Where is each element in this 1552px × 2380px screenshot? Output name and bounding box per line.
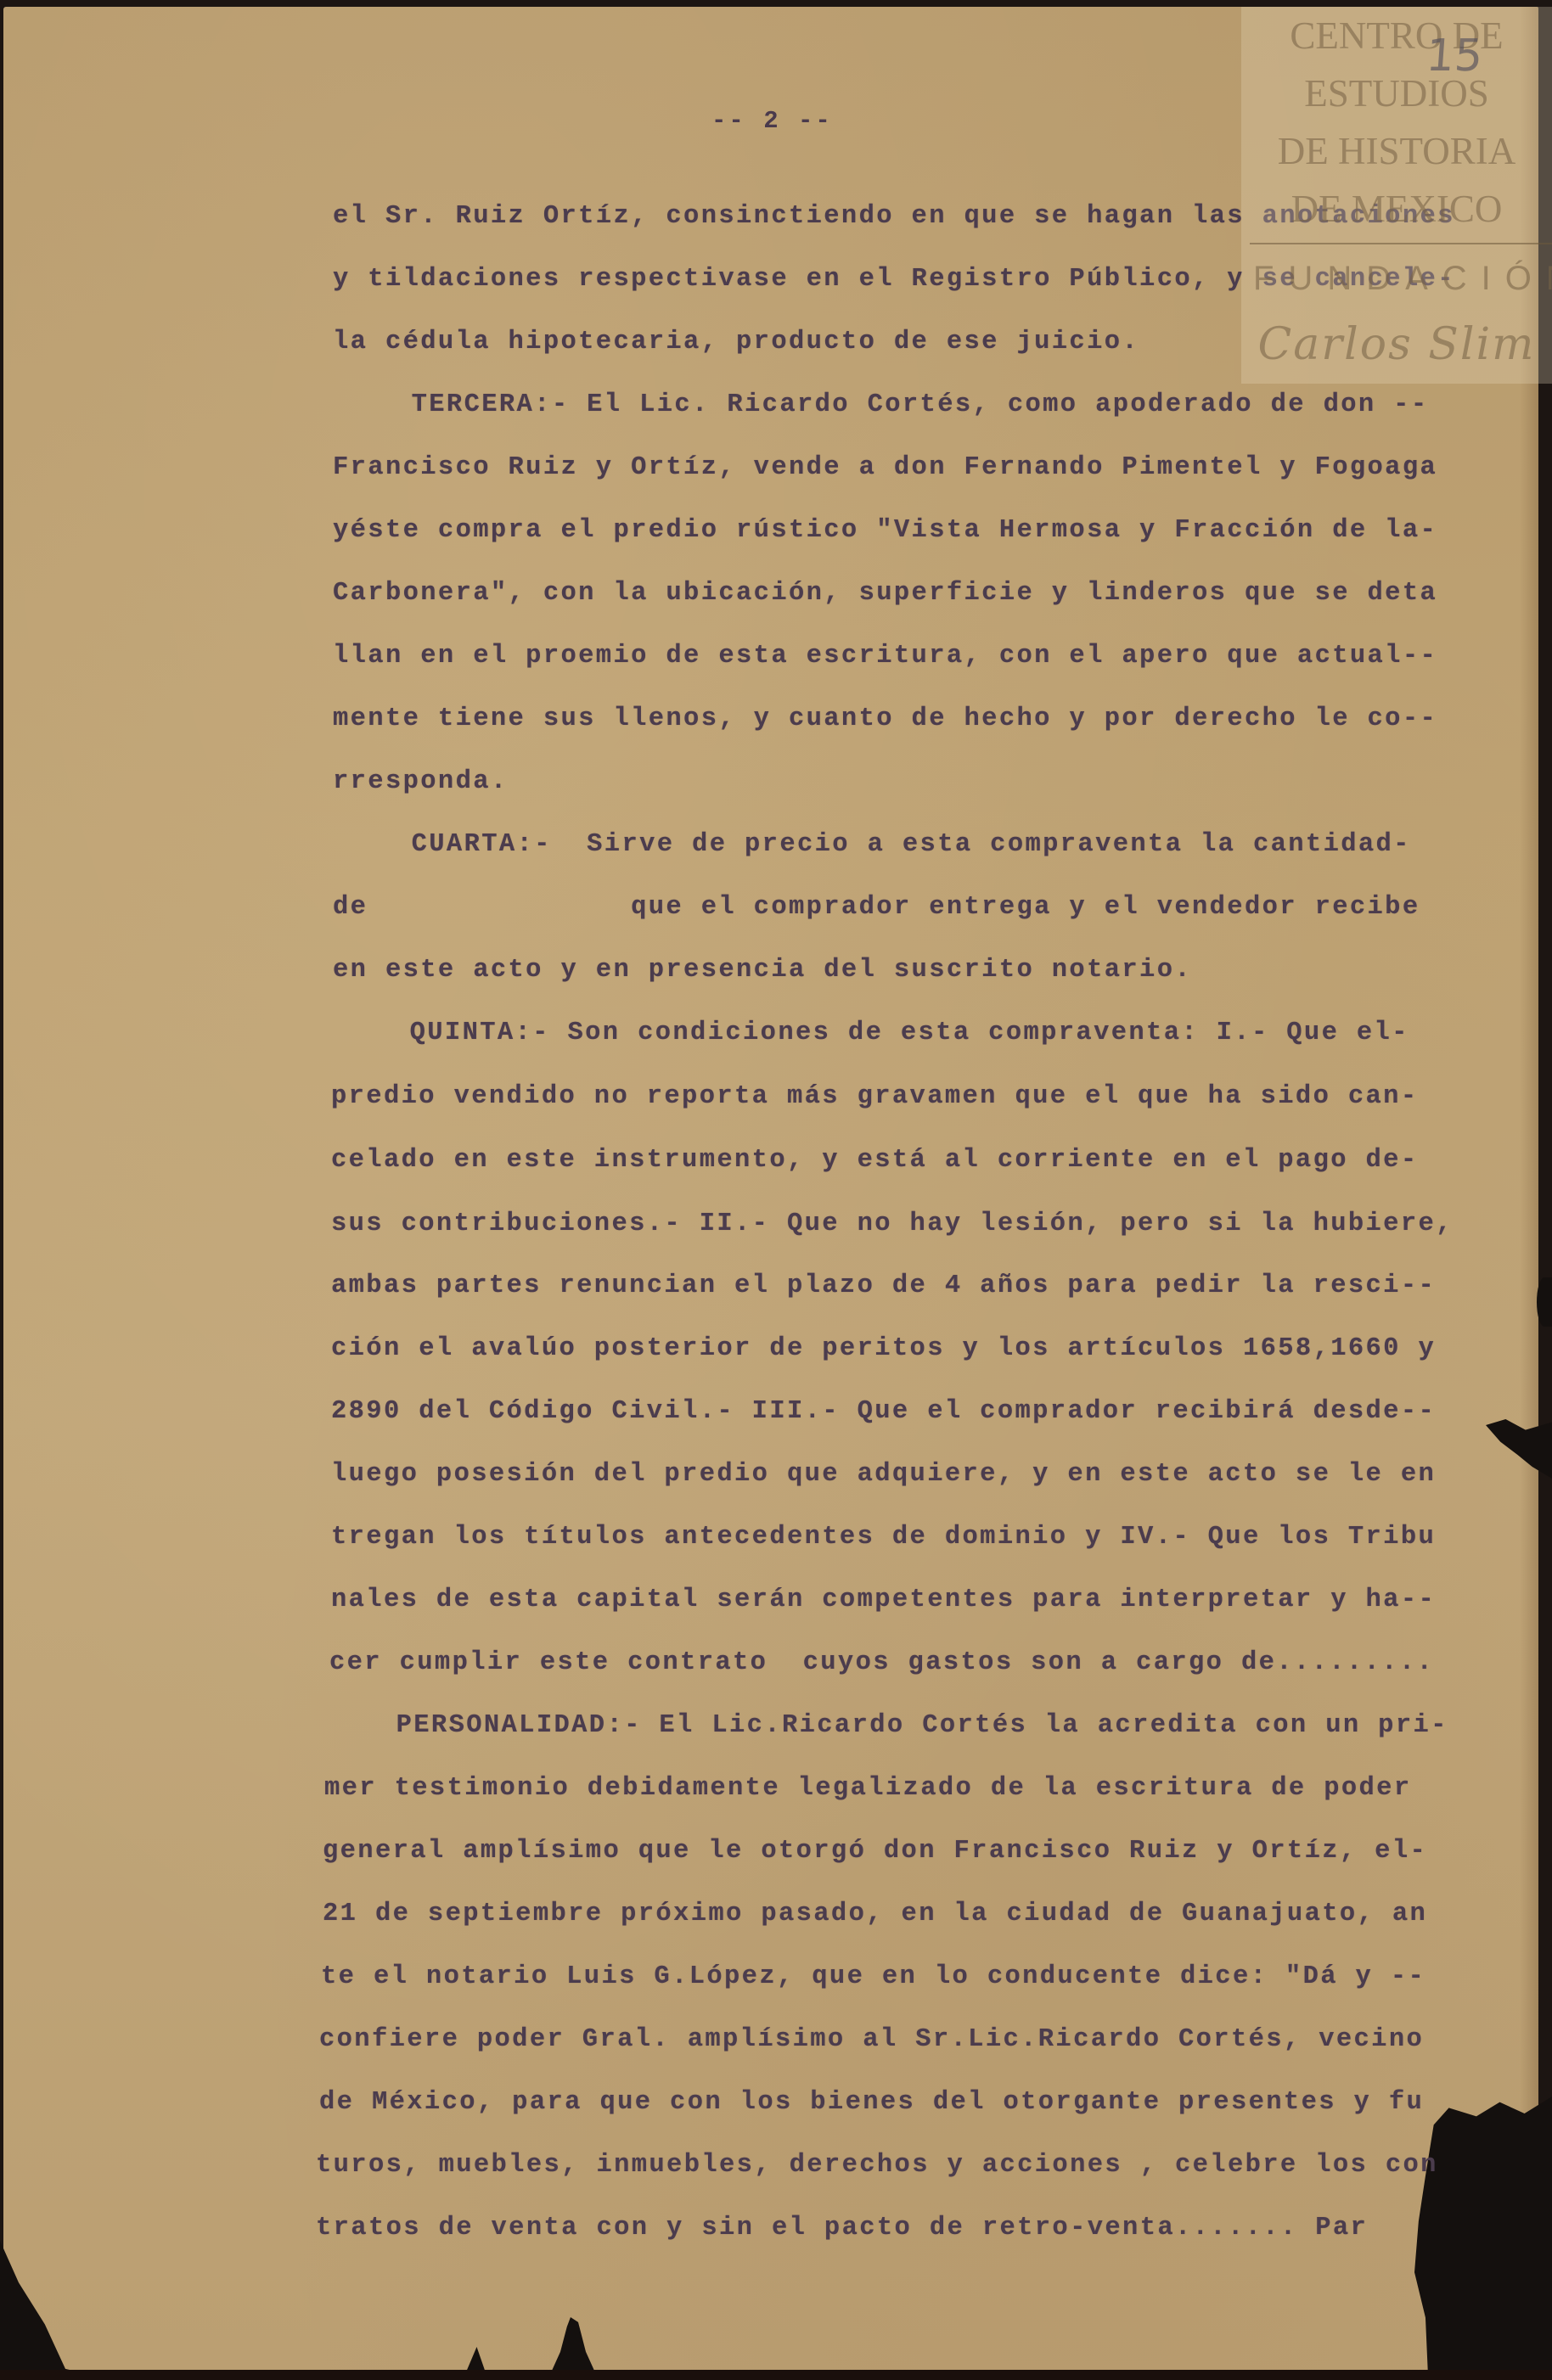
text-line: 21 de septiembre próximo pasado, en la c… <box>323 1900 1427 1928</box>
text-line: mer testimonio debidamente legalizado de… <box>324 1774 1411 1803</box>
text-line: llan en el proemio de esta escritura, co… <box>333 642 1437 671</box>
text-line: Carbonera", con la ubicación, superficie… <box>333 579 1437 608</box>
archive-watermark: CENTRO DE ESTUDIOS DE HISTORIA DE MEXICO… <box>1241 7 1552 384</box>
watermark-line: CENTRO DE <box>1241 17 1552 55</box>
text-line: sus contribuciones.- II.- Que no hay les… <box>331 1210 1454 1238</box>
text-line: de que el comprador entrega y el vendedo… <box>333 893 1420 922</box>
text-line: 2890 del Código Civil.- III.- Que el com… <box>331 1397 1436 1426</box>
text-line: la cédula hipotecaria, producto de ese j… <box>333 328 1139 356</box>
text-line: TERCERA:- El Lic. Ricardo Cortés, como a… <box>341 390 1428 419</box>
text-line: turos, muebles, inmuebles, derechos y ac… <box>316 2151 1438 2180</box>
text-line: te el notario Luis G.López, que en lo co… <box>321 1962 1425 1991</box>
handwritten-page-number: 15 <box>1425 31 1484 81</box>
watermark-line: ESTUDIOS <box>1241 75 1552 113</box>
text-line: tratos de venta con y sin el pacto de re… <box>316 2214 1368 2242</box>
watermark-signature: Carlos Slim <box>1241 323 1552 367</box>
text-line: ambas partes renuncian el plazo de 4 año… <box>331 1271 1436 1300</box>
text-line: tregan los títulos antecedentes de domin… <box>331 1523 1436 1552</box>
text-line: de México, para que con los bienes del o… <box>319 2088 1424 2117</box>
text-line: CUARTA:- Sirve de precio a esta comprave… <box>341 830 1411 859</box>
text-line: ción el avalúo posterior de peritos y lo… <box>331 1334 1436 1363</box>
text-line: cer cumplir este contrato cuyos gastos s… <box>329 1648 1434 1677</box>
text-line: Francisco Ruiz y Ortíz, vende a don Fern… <box>333 453 1437 482</box>
text-line: yéste compra el predio rústico "Vista He… <box>333 516 1437 545</box>
text-line: confiere poder Gral. amplísimo al Sr.Lic… <box>319 2025 1424 2054</box>
text-line: en este acto y en presencia del suscrito… <box>333 956 1192 985</box>
watermark-foundation: FUNDACIÓN <box>1241 261 1552 295</box>
watermark-divider <box>1250 243 1552 244</box>
text-line: QUINTA:- Son condiciones de esta comprav… <box>340 1019 1409 1047</box>
page-number: -- 2 -- <box>711 107 833 135</box>
watermark-line: DE MEXICO <box>1241 190 1552 228</box>
text-line: mente tiene sus llenos, y cuanto de hech… <box>333 704 1437 733</box>
text-line: PERSONALIDAD:- El Lic.Ricardo Cortés la … <box>326 1711 1448 1740</box>
text-line: celado en este instrumento, y está al co… <box>331 1146 1418 1175</box>
text-line: luego posesión del predio que adquiere, … <box>331 1460 1436 1489</box>
text-line: nales de esta capital serán competentes … <box>331 1586 1436 1614</box>
text-line: predio vendido no reporta más gravamen q… <box>331 1082 1418 1111</box>
text-line: rresponda. <box>333 767 509 796</box>
text-line: general amplísimo que le otorgó don Fran… <box>323 1837 1427 1866</box>
watermark-line: DE HISTORIA <box>1241 132 1552 171</box>
